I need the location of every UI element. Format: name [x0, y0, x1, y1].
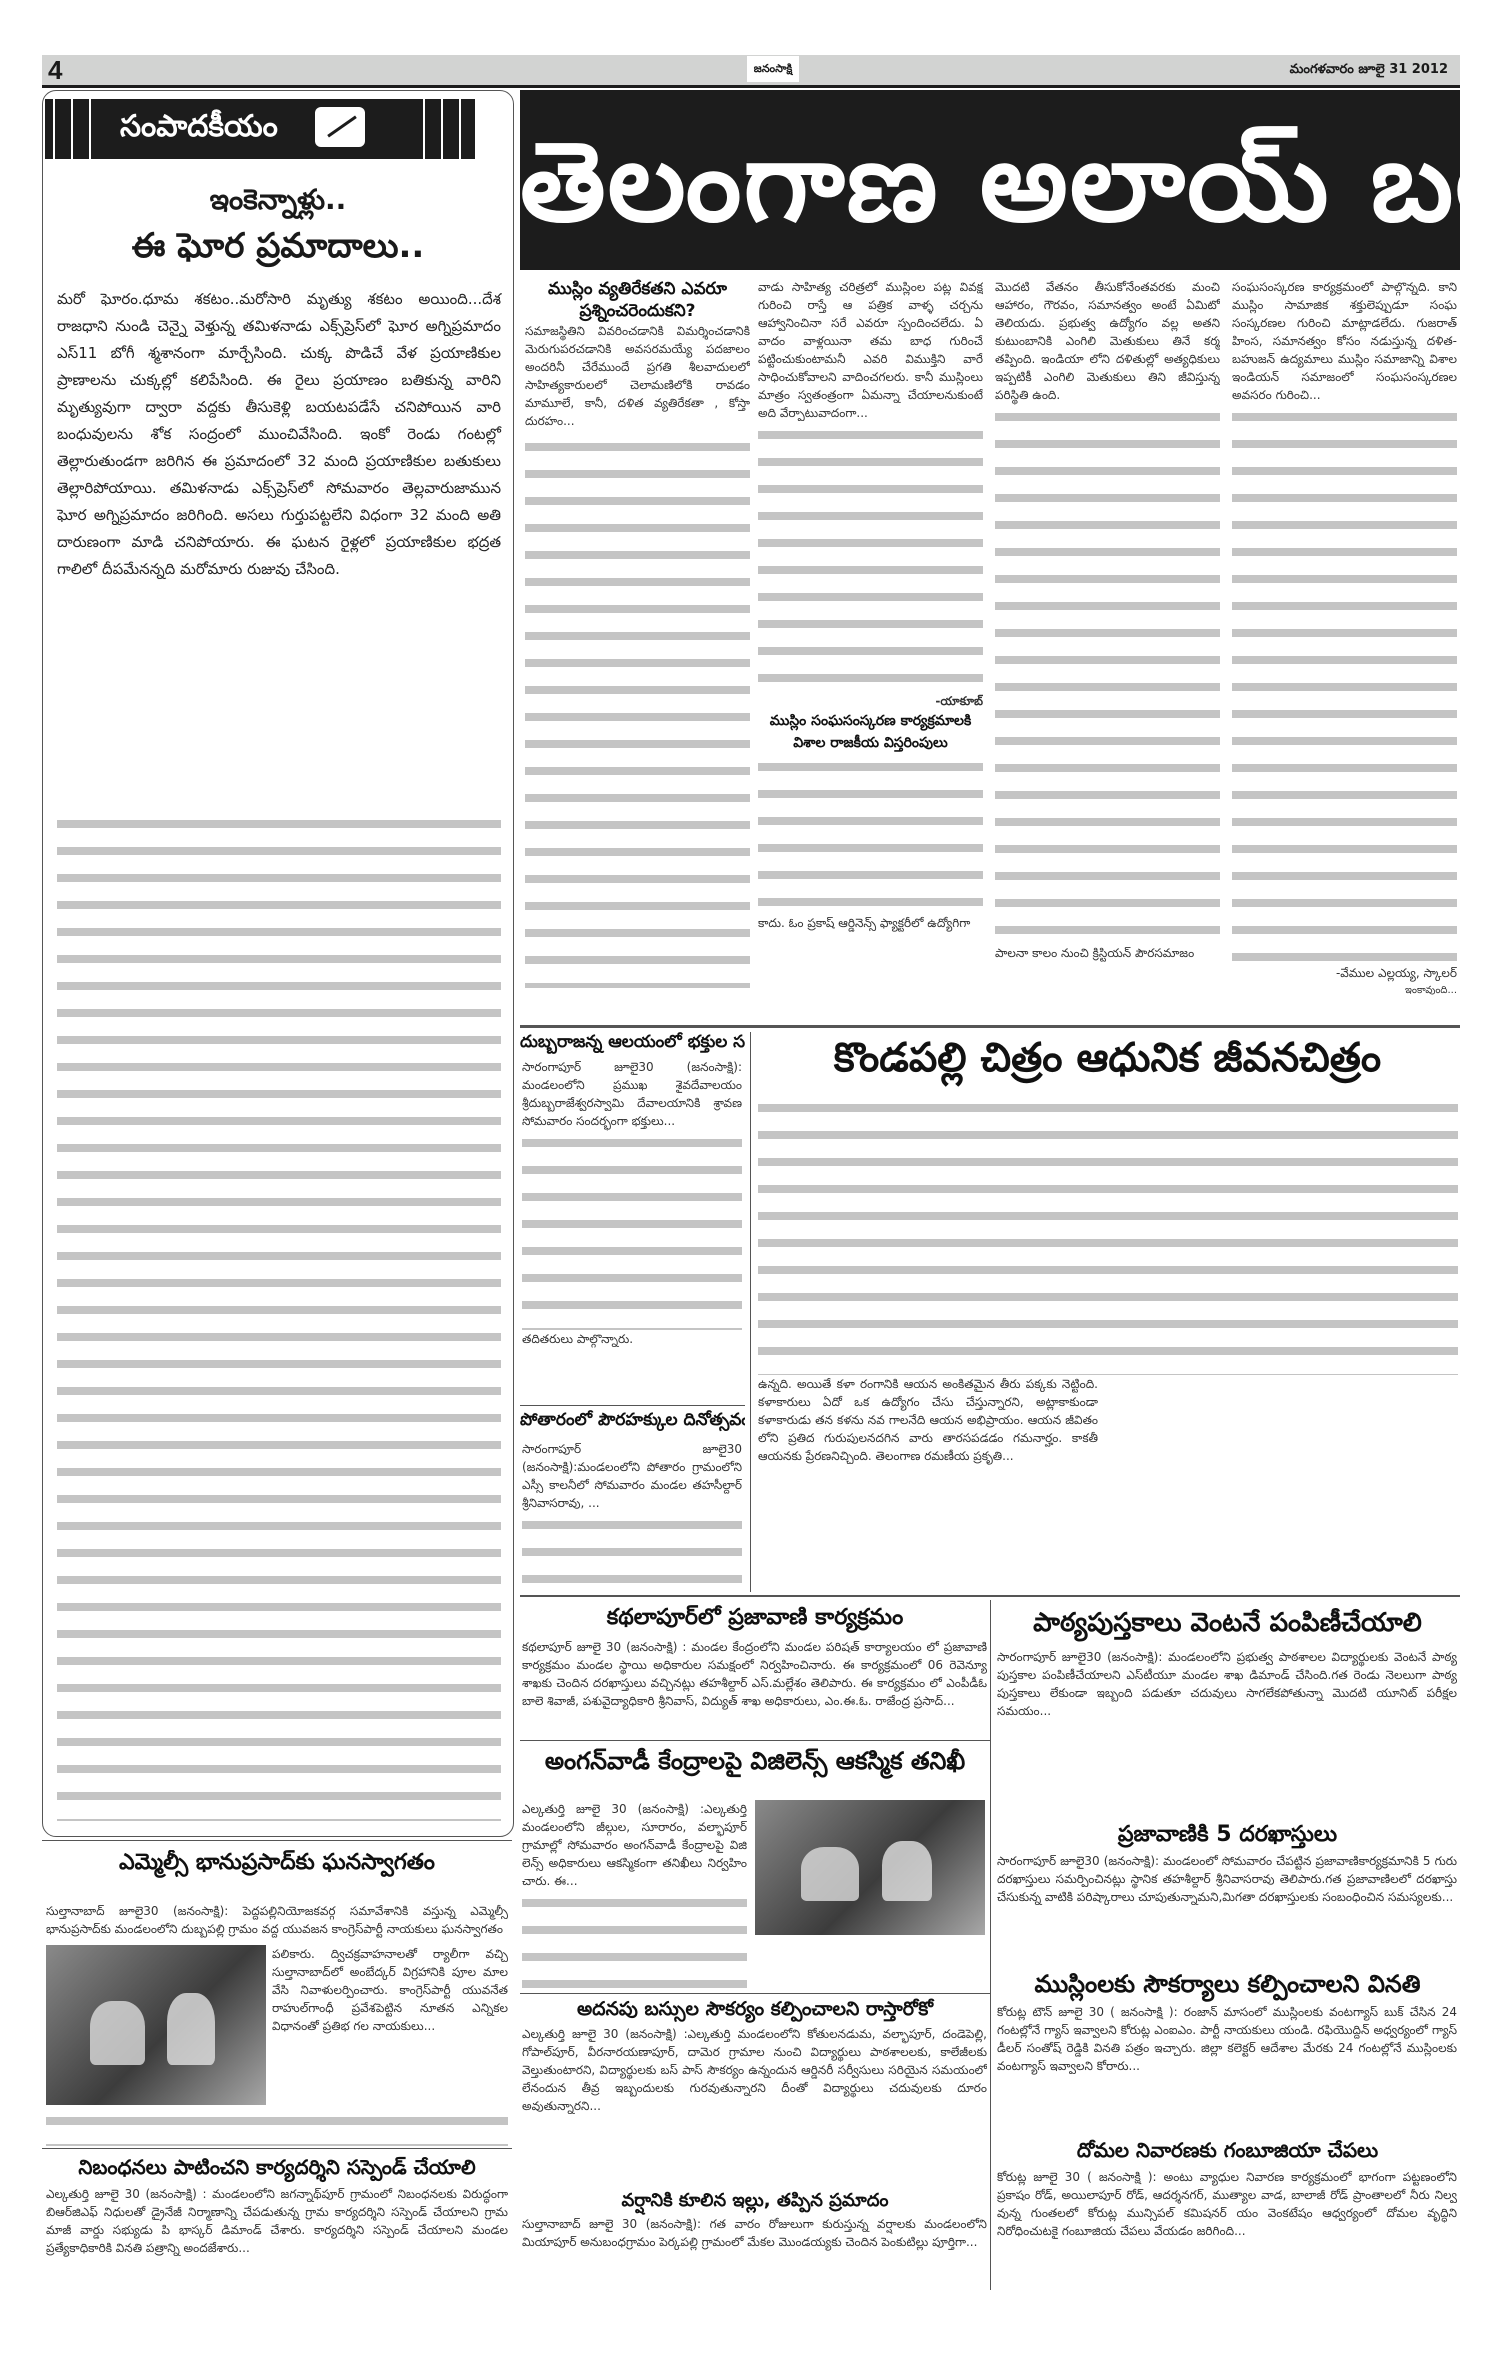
- story-title-temple: దుబ్బరాజన్న ఆలయంలో భక్తుల సందడి: [520, 1032, 745, 1056]
- article-col3-text: మొదటి వేతనం తీసుకోనేంతవరకు మంచి ఆహారం, గ…: [995, 278, 1220, 404]
- mlc-rally-photo: [46, 1945, 266, 2105]
- story-text-civil-rights: సారంగాపూర్ జూలై30 (జనంసాక్షి):మండలంలోని …: [522, 1440, 742, 1512]
- article-column-2: వాడు సాహిత్య చరిత్రలో ముస్లింల పట్ల వివక…: [758, 278, 983, 988]
- story-body-mlc-side: పలికారు. ద్విచక్రవాహనాలతో ర్యాలీగా వచ్చి…: [272, 1945, 508, 2105]
- article-col1-more: [525, 434, 750, 988]
- divider: [520, 1993, 990, 1994]
- story-body-mosquito: కోరుట్ల జూలై 30 ( జనంసాక్షి ): అంటు వ్యా…: [997, 2168, 1457, 2283]
- story-body-civil-rights: సారంగాపూర్ జూలై30 (జనంసాక్షి):మండలంలోని …: [522, 1440, 742, 1590]
- article-col2-more: [758, 422, 983, 692]
- story-text-kondapalli: ఉన్నది. అయితే కళా రంగానికి ఆయన అంకితమైన …: [758, 1375, 1098, 1465]
- editorial-headline-2: ఈ ఘోర ప్రమాదాలు..: [43, 226, 513, 274]
- article-column-3: మొదటి వేతనం తీసుకోనేంతవరకు మంచి ఆహారం, గ…: [995, 278, 1220, 988]
- article-col2-more2: [758, 754, 983, 914]
- story-filler: [522, 1512, 742, 1590]
- article-col2-text: వాడు సాహిత్య చరిత్రలో ముస్లింల పట్ల వివక…: [758, 278, 983, 422]
- anganwadi-photo: [755, 1800, 985, 1935]
- story-title-mosquito: దోమల నివారణకు గంబూజియా చేపలు: [995, 2138, 1460, 2167]
- article-col2-end: కాదు. ఓం ప్రకాష్ ఆర్డినెన్స్ ఫ్యాక్టరీలో…: [758, 914, 983, 932]
- story-body-prajavani: సారంగాపూర్ జూలై30 (జనంసాక్షి): మండలంలో స…: [997, 1852, 1457, 1962]
- editorial-body-text: [57, 811, 501, 1821]
- main-headline-banner: తెలంగాణ అలాయ్ బలాయ్: [520, 90, 1460, 270]
- story-title-anganwadi: అంగన్‌వాడీ కేంద్రాలపై విజిలెన్స్ ఆకస్మిక…: [520, 1747, 990, 1781]
- story-filler: [522, 1890, 747, 1990]
- story-title-mlc: ఎమ్మెల్సీ భానుప్రసాద్‌కు ఘనస్వాగతం: [42, 1850, 512, 1880]
- story-filler: [46, 2108, 508, 2146]
- editorial-banner: సంపాదకీయం: [45, 99, 475, 159]
- article-col2-byline: -యాకూబ్: [758, 692, 983, 710]
- divider: [42, 2148, 512, 2149]
- story-body-buses: ఎల్కతుర్తి జూలై 30 (జనంసాక్షి) :ఎల్కతుర్…: [522, 2025, 987, 2180]
- divider: [520, 1740, 990, 1741]
- story-body-kathalapur: కథలాపూర్ జూలై 30 (జనంసాక్షి) : మండల కేంద…: [522, 1638, 987, 1733]
- story-body-suspend: ఎల్కతుర్తి జూలై 30 (జనంసాక్షి) : మండలంలో…: [46, 2185, 508, 2285]
- story-title-civil-rights: పోతారంలో పౌరహక్కుల దినోత్సవం: [520, 1410, 745, 1434]
- article-col4-text: సంఘసంస్కరణ కార్యక్రమంలో పాల్గొన్నది. కాన…: [1232, 278, 1457, 404]
- banner-stripes-left: [45, 99, 105, 159]
- story-title-buses: అదనపు బస్సుల సౌకర్యం కల్పించాలని రాస్తార…: [520, 1998, 990, 2025]
- story-title-kathalapur: కథలాపూర్‌లో ప్రజావాణి కార్యక్రమం: [520, 1605, 990, 1635]
- story-title-kondapalli: కొండపల్లి చిత్రం ఆధునిక జీవనచిత్రం: [755, 1035, 1460, 1091]
- section-label: సంపాదకీయం: [120, 109, 278, 151]
- section-divider: [520, 1025, 1460, 1028]
- story-body-mlc-top: సుల్తానాబాద్ జూలై30 (జనంసాక్షి): పెద్దపల…: [46, 1902, 508, 1940]
- issue-date: మంగళవారం జూలై 31 2012: [1290, 62, 1448, 80]
- pen-writing-icon: [315, 107, 365, 147]
- article-col1-text: సమాజస్థితిని వివరించడానికి విమర్శించడాని…: [525, 322, 750, 430]
- section-divider: [520, 1595, 1460, 1597]
- article-col2-section: ముస్లిం సంఘసంస్కరణ కార్యక్రమాలకి విశాల ర…: [758, 710, 983, 754]
- story-body-mlc-more: [46, 2108, 508, 2146]
- article-col4-more: [1232, 404, 1457, 964]
- story-title-house: వర్షానికి కూలిన ఇల్లు, తప్పిన ప్రమాదం: [520, 2190, 990, 2215]
- story-title-prajavani: ప్రజావాణికి 5 దరఖాస్తులు: [995, 1822, 1460, 1852]
- story-body-anganwadi: ఎల్కతుర్తి జూలై 30 (జనంసాక్షి) :ఎల్కతుర్…: [522, 1800, 747, 1990]
- editorial-headline-1: ఇంకెన్నాళ్లు..: [43, 183, 513, 223]
- continued-label: ఇంకావుంది...: [1232, 982, 1457, 998]
- article-column-1: ముస్లిం వ్యతిరేకతని ఎవరూ ప్రశ్నించరెందుక…: [525, 278, 750, 988]
- divider: [520, 1405, 745, 1406]
- story-title-muslims: ముస్లింలకు సౌకర్యాలు కల్పించాలని వినతి: [995, 1970, 1460, 2004]
- story-body-kondapalli: ఉన్నది. అయితే కళా రంగానికి ఆయన అంకితమైన …: [758, 1095, 1458, 1590]
- editorial-column: సంపాదకీయం ఇంకెన్నాళ్లు.. ఈ ఘోర ప్రమాదాలు…: [42, 90, 514, 1837]
- main-headline: తెలంగాణ అలాయ్ బలాయ్: [520, 118, 1460, 274]
- story-body-muslims: కోరుట్ల టౌన్ జూలై 30 ( జనంసాక్షి ): రంజా…: [997, 2003, 1457, 2138]
- article-byline: -వేముల ఎల్లయ్య, స్కాలర్: [1232, 964, 1457, 982]
- story-text-anganwadi: ఎల్కతుర్తి జూలై 30 (జనంసాక్షి) :ఎల్కతుర్…: [522, 1800, 747, 1890]
- story-body-temple: సారంగాపూర్ జూలై30 (జనంసాక్షి): మండలంలోని…: [522, 1058, 742, 1358]
- story-end-temple: తదితరులు పాల్గొన్నారు.: [522, 1330, 742, 1348]
- article-column-4: సంఘసంస్కరణ కార్యక్రమంలో పాల్గొన్నది. కాన…: [1232, 278, 1457, 998]
- article-subhead: ముస్లిం వ్యతిరేకతని ఎవరూ ప్రశ్నించరెందుక…: [525, 278, 750, 322]
- story-text-temple: సారంగాపూర్ జూలై30 (జనంసాక్షి): మండలంలోని…: [522, 1058, 742, 1130]
- story-body-house: సుల్తానాబాద్ జూలై 30 (జనంసాక్షి): గత వార…: [522, 2215, 987, 2285]
- column-divider: [750, 1032, 751, 1592]
- article-col3-more: [995, 404, 1220, 944]
- story-body-textbooks: సారంగాపూర్ జూలై30 (జనంసాక్షి): మండలంలోని…: [997, 1648, 1457, 1818]
- article-col3-end: పాలనా కాలం నుంచి క్రిస్టియన్ పౌరసమాజం: [995, 944, 1220, 962]
- story-title-suspend: నిబంధనలు పాటించని కార్యదర్శిని సస్పెండ్ …: [42, 2155, 512, 2184]
- masthead-bar: 4 జనంసాక్షి మంగళవారం జూలై 31 2012: [42, 55, 1460, 88]
- story-filler: [522, 1130, 742, 1330]
- story-title-textbooks: పాఠ్యపుస్తకాలు వెంటనే పంపిణీచేయాలి: [995, 1608, 1460, 1644]
- editorial-lead: మరో ఘోరం.ధూమ శకటం..మరోసారి మృత్యు శకటం అ…: [57, 286, 501, 583]
- newspaper-logo: జనంసాక్షి: [747, 56, 799, 82]
- story-filler: [758, 1095, 1458, 1375]
- divider: [42, 1840, 512, 1841]
- page-number: 4: [48, 55, 62, 86]
- banner-stripes-right: [415, 99, 475, 159]
- column-divider: [990, 1600, 991, 2290]
